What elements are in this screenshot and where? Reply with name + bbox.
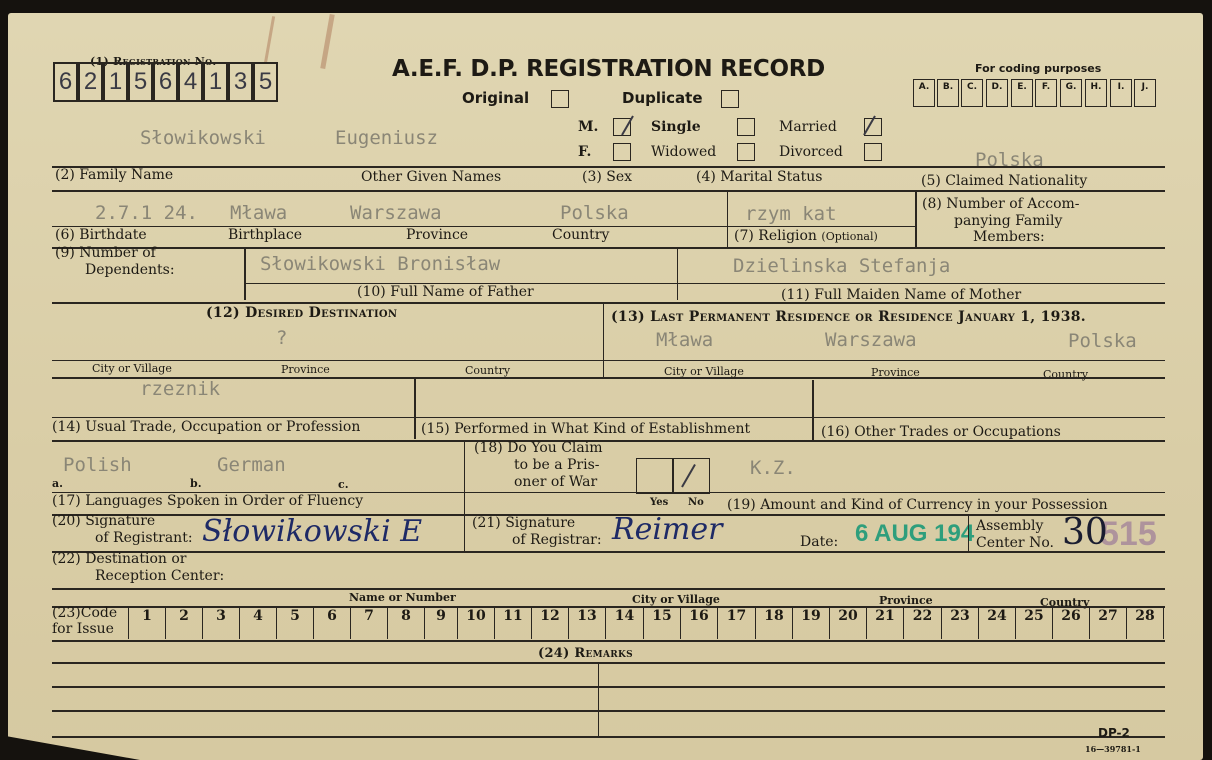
code-cell[interactable]: 21 (866, 607, 903, 639)
remarks-label: (24) Remarks (538, 646, 633, 661)
marital-status-label: (4) Marital Status (696, 170, 822, 185)
code-cell[interactable]: 1 (128, 607, 165, 639)
pow-no-box[interactable] (672, 458, 710, 494)
coding-cell-j[interactable]: J. (1134, 79, 1156, 107)
divider (414, 378, 416, 439)
original-label: Original (462, 91, 529, 106)
language-b-label: b. (190, 476, 202, 491)
pow-note-value[interactable]: K.Z. (750, 458, 796, 478)
code-cell[interactable]: 28 (1126, 607, 1164, 639)
remarks-line (52, 736, 1165, 738)
birthplace-label: Birthplace (228, 228, 302, 243)
marital-single-label: Single (651, 120, 701, 135)
desired-destination-label: (12) Desired Destination (206, 306, 397, 321)
code-cell[interactable]: 6 (313, 607, 350, 639)
occupation-value[interactable]: rzeznik (140, 379, 220, 399)
code-cell[interactable]: 9 (424, 607, 457, 639)
code-cell[interactable]: 24 (978, 607, 1015, 639)
registrant-signature[interactable]: Słowikowski E (202, 514, 422, 549)
pow-yes-label: Yes (650, 495, 668, 510)
registrant-signature-label-1: (20) Signature (52, 514, 155, 529)
coding-cell-b[interactable]: B. (937, 79, 959, 107)
divider (812, 380, 814, 441)
assembly-stamp: 515 (1100, 515, 1157, 554)
registrar-signature[interactable]: Reimer (612, 512, 722, 547)
birthdate-label: (6) Birthdate (55, 228, 147, 243)
birth-province-label: Province (406, 228, 468, 243)
given-names-label: Other Given Names (361, 170, 501, 185)
religion-value[interactable]: rzym kat (745, 204, 837, 224)
divider (244, 248, 246, 300)
original-checkbox[interactable] (551, 90, 569, 108)
dependents-label-2: Dependents: (85, 263, 175, 278)
form-number: DP-2 (1098, 726, 1130, 741)
marital-widowed-label: Widowed (651, 145, 716, 160)
code-cell[interactable]: 16 (680, 607, 717, 639)
duplicate-checkbox[interactable] (721, 90, 739, 108)
code-cell[interactable]: 17 (717, 607, 755, 639)
coding-label: For coding purposes (975, 61, 1101, 76)
language-a-label: a. (52, 476, 63, 491)
coding-cell-d[interactable]: D. (986, 79, 1008, 107)
occupation-label: (14) Usual Trade, Occupation or Professi… (52, 420, 360, 435)
divider (52, 302, 1165, 304)
code-cell[interactable]: 20 (829, 607, 866, 639)
divider (52, 226, 915, 227)
dest-country-label: Country (465, 363, 510, 378)
coding-cell-h[interactable]: H. (1085, 79, 1107, 107)
code-cell[interactable]: 25 (1015, 607, 1052, 639)
print-code: 16—39781-1 (1085, 742, 1141, 757)
duplicate-label: Duplicate (622, 91, 703, 106)
remarks-field[interactable] (600, 663, 1160, 735)
last-residence-country-value[interactable]: Polska (1068, 331, 1137, 351)
language-a-value[interactable]: Polish (63, 455, 132, 475)
assembly-center-label-2: Center No. (976, 536, 1054, 551)
divider (727, 191, 728, 247)
pow-label-3: oner of War (514, 475, 597, 490)
registrar-signature-label-2: of Registrar: (512, 533, 602, 548)
destination-center-label-2: Reception Center: (95, 569, 224, 584)
code-cell[interactable]: 5 (276, 607, 313, 639)
dest-province-label: Province (281, 362, 330, 377)
code-cell[interactable]: 18 (755, 607, 792, 639)
coding-cell-a[interactable]: A. (913, 79, 935, 107)
reg-digit: 2 (78, 62, 103, 102)
given-names-value[interactable]: Eugeniusz (335, 128, 438, 148)
father-name-value[interactable]: Słowikowski Bronisław (260, 254, 500, 274)
divider (52, 417, 1165, 418)
res-country-label: Country (1043, 367, 1088, 382)
family-members-label-3: Members: (973, 230, 1045, 245)
code-cell[interactable]: 8 (387, 607, 424, 639)
code-cell[interactable]: 12 (531, 607, 568, 639)
code-cell[interactable]: 13 (568, 607, 605, 639)
language-b-value[interactable]: German (217, 455, 286, 475)
reg-digit: 1 (103, 62, 128, 102)
check-mark-icon (863, 115, 876, 135)
reg-digit: 5 (128, 62, 153, 102)
birth-country-value[interactable]: Polska (560, 203, 629, 223)
sex-m-label: M. (578, 120, 598, 135)
desired-destination-value[interactable]: ? (276, 328, 287, 348)
dest-city-label: City or Village (92, 361, 172, 376)
registrant-signature-label-2: of Registrant: (95, 531, 193, 546)
assembly-center-label-1: Assembly (976, 519, 1043, 534)
assembly-center-value[interactable]: 30 (1062, 512, 1108, 553)
registrar-signature-label-1: (21) Signature (472, 516, 575, 531)
code-cell[interactable]: 10 (457, 607, 494, 639)
check-mark-icon (681, 464, 696, 488)
birthplace-value[interactable]: Mława (230, 203, 287, 223)
pow-label-2: to be a Pris- (514, 458, 600, 473)
languages-label: (17) Languages Spoken in Order of Fluenc… (52, 494, 363, 509)
code-cell[interactable]: 11 (494, 607, 531, 639)
code-cell[interactable]: 23 (941, 607, 978, 639)
family-members-label-2: panying Family (954, 214, 1062, 229)
divider (968, 515, 969, 551)
divider (464, 441, 465, 551)
divider (52, 551, 1165, 553)
torn-corner (0, 735, 140, 760)
marital-divorced-label: Divorced (779, 145, 843, 160)
reg-digit: 4 (178, 62, 203, 102)
family-name-label: (2) Family Name (55, 168, 173, 183)
family-members-label-1: (8) Number of Accom- (922, 197, 1080, 212)
code-cell[interactable]: 27 (1089, 607, 1126, 639)
date-stamp: 6 AUG 194 (855, 520, 974, 548)
dependents-label-1: (9) Number of (55, 246, 156, 261)
religion-label: (7) Religion (Optional) (734, 229, 878, 244)
mother-name-value[interactable]: Dzielinska Stefanja (733, 256, 950, 276)
last-residence-province-value[interactable]: Warszawa (825, 330, 917, 350)
divider (52, 360, 1165, 361)
sex-f-label: F. (578, 145, 591, 160)
last-residence-label: (13) Last Permanent Residence or Residen… (611, 310, 1086, 325)
code-cell[interactable]: 14 (605, 607, 643, 639)
code-cell[interactable]: 22 (903, 607, 941, 639)
coding-cell-c[interactable]: C. (961, 79, 983, 107)
divider (677, 248, 678, 300)
code-cell[interactable]: 26 (1052, 607, 1089, 639)
code-cell[interactable]: 15 (643, 607, 680, 639)
coding-cell-f[interactable]: F. (1035, 79, 1057, 107)
code-header-city: City or Village (632, 592, 720, 607)
date-label: Date: (800, 535, 838, 550)
code-cell[interactable]: 4 (239, 607, 276, 639)
divider (915, 191, 917, 247)
code-cell[interactable]: 7 (350, 607, 387, 639)
marital-married-label: Married (779, 120, 837, 135)
divider (52, 190, 1165, 192)
marital-divorced-checkbox[interactable] (864, 143, 882, 161)
birthdate-value[interactable]: 2.7.1 24. (95, 203, 198, 223)
father-label: (10) Full Name of Father (357, 285, 534, 300)
pow-no-label: No (688, 495, 704, 510)
reg-digit: 1 (203, 62, 228, 102)
divider (603, 303, 604, 378)
family-name-value[interactable]: Słowikowski (140, 128, 266, 148)
sex-label: (3) Sex (582, 170, 632, 185)
reg-digit: 6 (153, 62, 178, 102)
divider (52, 588, 1165, 590)
marital-widowed-checkbox[interactable] (737, 143, 755, 161)
coding-cell-i[interactable]: I. (1110, 79, 1132, 107)
reg-digit: 3 (228, 62, 253, 102)
code-cell[interactable]: 19 (792, 607, 829, 639)
destination-center-label-1: (22) Destination or (52, 552, 186, 567)
marital-single-checkbox[interactable] (737, 118, 755, 136)
code-label-2: for Issue (52, 622, 114, 637)
birth-province-value[interactable]: Warszawa (350, 203, 442, 223)
pow-yes-box[interactable] (636, 458, 674, 494)
code-cell[interactable]: 3 (202, 607, 239, 639)
code-cell[interactable]: 2 (165, 607, 202, 639)
code-header-name: Name or Number (349, 590, 456, 605)
sex-m-checkbox[interactable] (613, 118, 631, 136)
divider (52, 166, 1165, 168)
sex-f-checkbox[interactable] (613, 143, 631, 161)
divider (52, 640, 1165, 642)
mother-label: (11) Full Maiden Name of Mother (781, 288, 1021, 303)
reg-digit: 6 (53, 62, 78, 102)
currency-label: (19) Amount and Kind of Currency in your… (727, 498, 1108, 513)
reg-digit: 5 (253, 62, 278, 102)
divider (598, 663, 599, 737)
nationality-label: (5) Claimed Nationality (921, 174, 1087, 189)
marital-married-checkbox[interactable] (864, 118, 882, 136)
divider (52, 247, 1165, 249)
birth-country-label: Country (552, 228, 609, 243)
language-c-label: c. (338, 477, 349, 492)
coding-cell-e[interactable]: E. (1011, 79, 1033, 107)
form-title: A.E.F. D.P. REGISTRATION RECORD (392, 56, 825, 82)
coding-cell-g[interactable]: G. (1060, 79, 1082, 107)
other-trades-label: (16) Other Trades or Occupations (821, 425, 1061, 440)
establishment-label: (15) Performed in What Kind of Establish… (421, 422, 750, 437)
pow-label-1: (18) Do You Claim (474, 441, 603, 456)
code-label-1: (23)Code (52, 606, 117, 621)
last-residence-city-value[interactable]: Mława (656, 330, 713, 350)
divider (52, 440, 1165, 442)
